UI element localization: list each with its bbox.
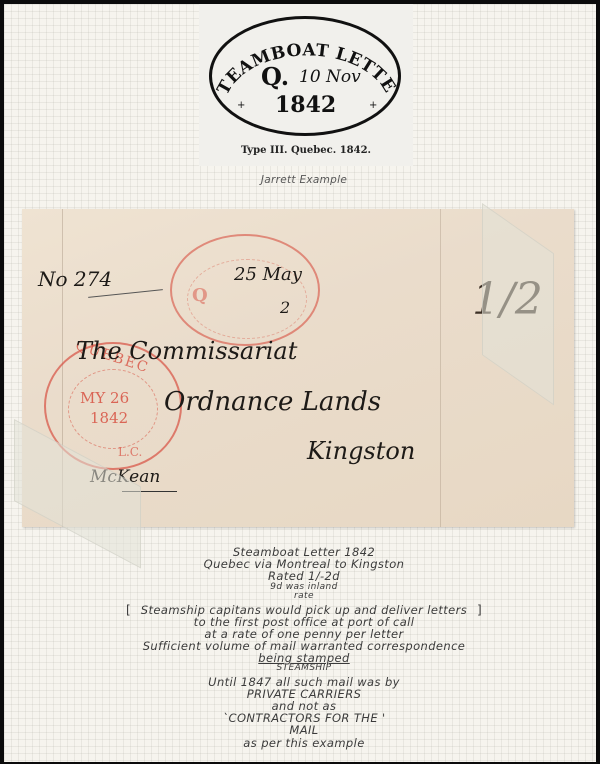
note-line: Rated 1/-2d xyxy=(4,569,596,583)
address-line-3: Kingston xyxy=(307,437,415,465)
hinge-tape xyxy=(482,203,554,405)
oval-stamp-number: 2 xyxy=(280,298,290,317)
attribution-note: Jarrett Example xyxy=(204,174,404,186)
stamp-port-letter: Q. xyxy=(261,62,289,91)
svg-text:+: + xyxy=(369,100,377,111)
reference-stamp-illustration: STEAMBOAT LETTER + + Q. 10 Nov 1842 Type… xyxy=(199,4,413,166)
note-line: MAIL xyxy=(4,723,596,737)
datestamp-year: 1842 xyxy=(90,409,128,427)
svg-text:+: + xyxy=(237,100,245,111)
oval-stamp-date: 25 May xyxy=(234,264,302,285)
address-line-2: Ordnance Lands xyxy=(164,387,381,417)
oval-stamp-letter: Q xyxy=(192,285,208,306)
reference-caption: Type III. Quebec. 1842. xyxy=(199,145,413,156)
postal-cover: No 274 1/2 Q 25 May 2 QUEBEC MY 26 1842 … xyxy=(22,209,574,527)
docket-number: No 274 xyxy=(38,267,112,291)
datestamp-date: MY 26 xyxy=(80,389,129,407)
address-line-1: The Commissariat xyxy=(76,337,297,365)
datestamp-province: L.C. xyxy=(118,445,142,459)
note-line: STEAMSHIP xyxy=(4,663,596,673)
note-line: rate xyxy=(4,591,596,601)
stamp-manuscript-date: 10 Nov xyxy=(299,67,361,87)
album-page: STEAMBOAT LETTER + + Q. 10 Nov 1842 Type… xyxy=(4,4,596,762)
stamp-year: 1842 xyxy=(275,92,336,118)
fold-line xyxy=(440,209,441,527)
note-line: as per this example xyxy=(4,736,596,750)
